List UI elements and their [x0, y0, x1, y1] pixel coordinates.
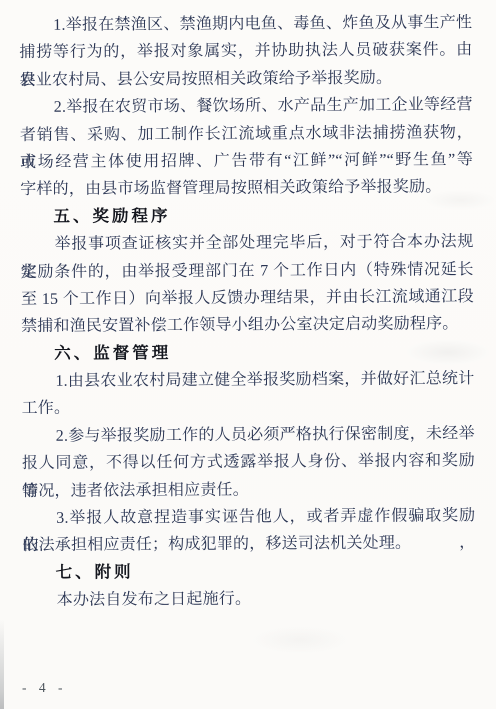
scan-edge-artifact	[0, 619, 4, 709]
page-number: - 4 -	[22, 680, 65, 696]
paragraph-line: 工作。	[22, 393, 475, 423]
paragraph-line: 2.参与举报奖励工作的人员必须严格执行保密制度，未经举	[22, 420, 475, 450]
paragraph-line: 2.举报在农贸市场、餐饮场所、水产品生产加工企业等经营	[20, 91, 473, 121]
paragraph-line: 举报事项查证核实并全部处理完毕后，对于符合本办法规定	[20, 228, 473, 258]
section-heading-supervision: 六、监督管理	[21, 338, 474, 368]
paragraph-line: 1.举报在禁渔区、禁渔期内电鱼、毒鱼、炸鱼及从事生产性	[19, 9, 472, 39]
section-heading-supplementary: 七、附则	[23, 557, 476, 587]
paragraph-line: 依法承担相应责任；构成犯罪的，移送司法机关处理。	[22, 530, 475, 560]
document-page: 1.举报在禁渔区、禁渔期内电鱼、毒鱼、炸鱼及从事生产性 捕捞等行为的，举报对象属…	[0, 0, 496, 709]
paragraph-line: 奖励条件的，由举报受理部门在 7 个工作日内（特殊情况延长	[21, 256, 474, 286]
document-body: 1.举报在禁渔区、禁渔期内电鱼、毒鱼、炸鱼及从事生产性 捕捞等行为的，举报对象属…	[19, 9, 476, 614]
paragraph-line: 字样的，由县市场监督管理局按照相关政策给予举报奖励。	[20, 174, 473, 204]
section-heading-reward-procedure: 五、奖励程序	[20, 201, 473, 231]
paragraph-line: 1.由县农业农村局建立健全举报奖励档案，并做好汇总统计	[21, 365, 474, 395]
paragraph-line: 者销售、采购、加工制作长江流域重点水域非法捕捞渔获物，或	[20, 119, 473, 149]
paragraph-line: 市场经营主体使用招牌、广告带有“江鲜”“河鲜”“野生鱼”等	[20, 146, 473, 176]
paragraph-line: 本办法自发布之日起施行。	[23, 584, 476, 614]
paragraph-line: 报人同意，不得以任何方式透露举报人身份、举报内容和奖励等	[22, 447, 475, 477]
paragraph-line: 3.举报人故意捏造事实诬告他人，或者弄虚作假骗取奖励的，	[22, 502, 475, 532]
paragraph-line: 农业农村局、县公安局按照相关政策给予举报奖励。	[19, 64, 472, 94]
paragraph-line: 禁捕和渔民安置补偿工作领导小组办公室决定启动奖励程序。	[21, 311, 474, 341]
paragraph-line: 至 15 个工作日）向举报人反馈办理结果，并由长江流域通江段	[21, 283, 474, 313]
paragraph-line: 捕捞等行为的，举报对象属实，并协助执法人员破获案件。由县	[19, 37, 472, 67]
paragraph-line: 情况，违者依法承担相应责任。	[22, 475, 475, 505]
